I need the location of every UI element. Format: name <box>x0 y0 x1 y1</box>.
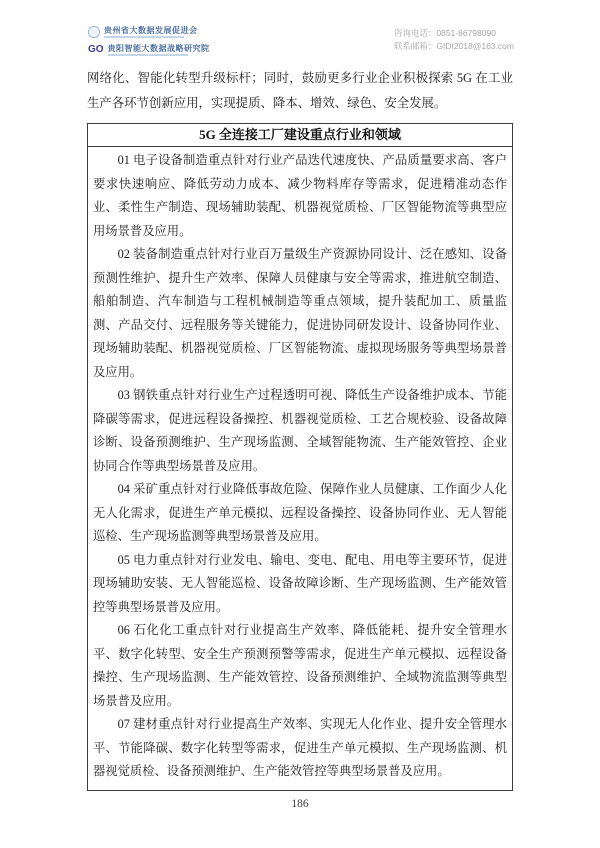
industries-table: 5G 全连接工厂建设重点行业和领域 01 电子设备制造重点针对行业产品迭代速度快… <box>87 123 513 791</box>
association-emblem-icon <box>88 26 100 38</box>
association-name: 贵州省大数据发展促进会 <box>104 26 198 35</box>
header-logos: 贵州省大数据发展促进会 GO 贵阳智能大数据战略研究院 <box>88 25 210 61</box>
page-number: 186 <box>291 798 308 810</box>
document-page: 贵州省大数据发展促进会 GO 贵阳智能大数据战略研究院 咨询电话：0851-86… <box>0 0 600 848</box>
email-label: 联系邮箱： <box>394 41 437 51</box>
institute-mark-icon: GO <box>88 44 104 56</box>
phone-label: 咨询电话： <box>394 28 437 38</box>
contact-email: 联系邮箱：GIDI2018@163.com <box>394 40 514 53</box>
intro-paragraph: 网络化、智能化转型升级标杆；同时，鼓励更多行业企业积极探索 5G 在工业生产各环… <box>87 66 513 116</box>
table-row-mining: 04 采矿重点针对行业降低事故危险、保障作业人员健康、工作面少人化无人化需求，促… <box>93 478 507 549</box>
association-subtitle-strip <box>104 36 184 38</box>
table-body: 01 电子设备制造重点针对行业产品迭代速度快、产品质量要求高、客户要求快速响应、… <box>88 147 512 790</box>
table-title: 5G 全连接工厂建设重点行业和领域 <box>88 124 512 147</box>
header-contact: 咨询电话：0851-86798090 联系邮箱：GIDI2018@163.com <box>394 27 514 53</box>
phone-number: 0851-86798090 <box>436 28 496 38</box>
institute-logo: GO 贵阳智能大数据战略研究院 <box>88 43 210 57</box>
contact-phone: 咨询电话：0851-86798090 <box>394 27 514 40</box>
email-address: GIDI2018@163.com <box>436 41 514 51</box>
page-content: 网络化、智能化转型升级标杆；同时，鼓励更多行业企业积极探索 5G 在工业生产各环… <box>87 66 513 791</box>
institute-subtitle-strip <box>108 54 188 56</box>
page-footer: 186 <box>0 798 600 810</box>
association-logo: 贵州省大数据发展促进会 <box>88 25 210 39</box>
institute-name: 贵阳智能大数据战略研究院 <box>108 44 210 53</box>
table-row-steel: 03 钢铁重点针对行业生产过程透明可视、降低生产设备维护成本、节能降碳等需求，促… <box>93 384 507 478</box>
table-row-equipment: 02 装备制造重点针对行业百万量级生产资源协同设计、泛在感知、设备预测性维护、提… <box>93 243 507 384</box>
table-row-power: 05 电力重点针对行业发电、输电、变电、配电、用电等主要环节，促进现场辅助安装、… <box>93 549 507 620</box>
table-row-electronics: 01 电子设备制造重点针对行业产品迭代速度快、产品质量要求高、客户要求快速响应、… <box>93 149 507 243</box>
table-row-building-materials: 07 建材重点针对行业提高生产效率、实现无人化作业、提升安全管理水平、节能降碳、… <box>93 713 507 784</box>
table-row-petrochemical: 06 石化化工重点针对行业提高生产效率、降低能耗、提升安全管理水平、数字化转型、… <box>93 619 507 713</box>
